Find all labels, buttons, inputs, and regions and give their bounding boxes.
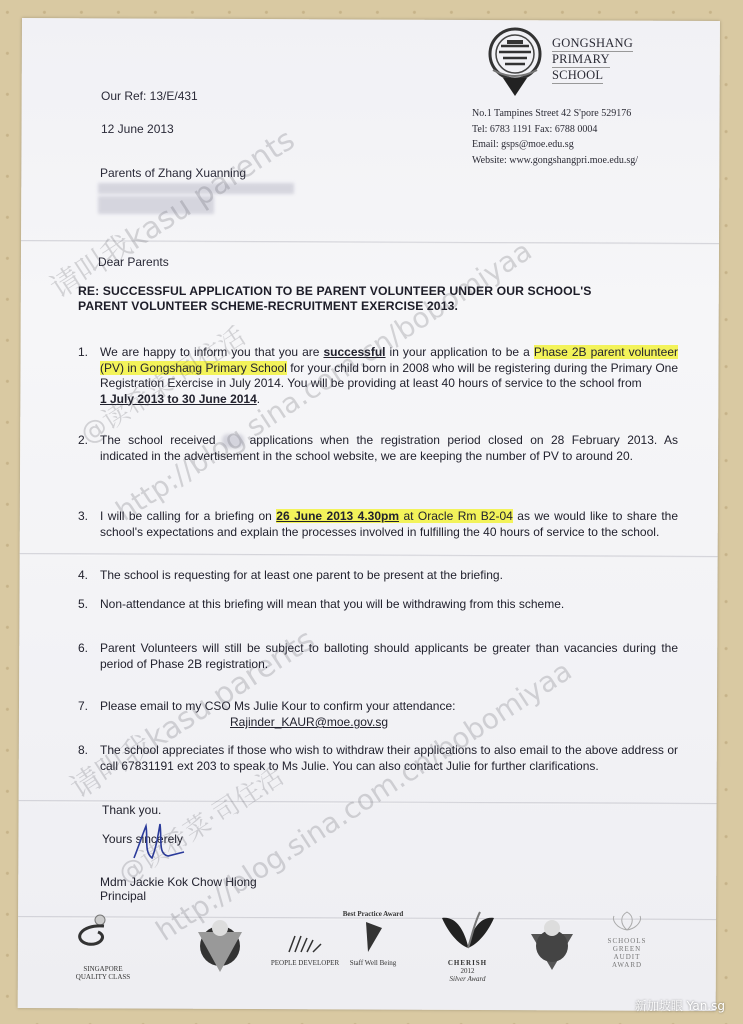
school-logo-icon <box>485 26 545 100</box>
redacted-count <box>222 434 244 448</box>
school-address: No.1 Tampines Street 42 S'pore 529176 <box>472 106 638 122</box>
briefing-datetime: 26 June 2013 4.30pm <box>276 509 399 523</box>
redacted-address <box>98 183 294 194</box>
school-name: GONGSHANG PRIMARY SCHOOL <box>552 36 633 84</box>
paragraph-6: 6. Parent Volunteers will still be subje… <box>78 641 678 672</box>
paragraph-4: 4. The school is requesting for at least… <box>78 568 678 584</box>
lotus-logo-icon <box>610 910 644 932</box>
fold-line <box>21 240 719 245</box>
paragraph-3: 3. I will be calling for a briefing on 2… <box>78 509 678 540</box>
school-excellence-logo-icon <box>190 910 250 980</box>
sqc-logo-icon <box>68 910 138 960</box>
corner-watermark: 新加坡眼 Yan.sg <box>635 997 725 1014</box>
fold-line <box>20 553 718 558</box>
subject-line: RE: SUCCESSFUL APPLICATION TO BE PARENT … <box>78 284 678 314</box>
paragraph-7: 7. Please email to my CSO Ms Julie Kour … <box>78 699 678 715</box>
briefing-venue: at Oracle Rm B2-04 <box>399 509 513 523</box>
school-email: Email: gsps@moe.edu.sg <box>472 137 638 153</box>
signature-icon <box>128 818 188 868</box>
redacted-address <box>98 196 214 214</box>
award-school-distinction <box>527 910 577 981</box>
reference-number: Our Ref: 13/E/431 <box>101 89 198 103</box>
letter-date: 12 June 2013 <box>101 122 174 136</box>
service-period: 1 July 2013 to 30 June 2014 <box>100 392 257 406</box>
signatory-name: Mdm Jackie Kok Chow Hiong <box>100 875 257 889</box>
people-developer-logo-icon <box>285 932 325 954</box>
closing-thanks: Thank you. <box>102 803 161 817</box>
school-distinction-logo-icon <box>527 910 577 976</box>
success-status: successful <box>323 345 385 359</box>
school-contact: No.1 Tampines Street 42 S'pore 529176 Te… <box>472 106 638 168</box>
awards-footer: SINGAPORE QUALITY CLASS PEOPLE DEVELOPER… <box>40 910 680 990</box>
paragraph-5: 5. Non-attendance at this briefing will … <box>78 597 678 613</box>
paragraph-2: 2. The school receivedapplications when … <box>78 433 678 464</box>
recipient-name: Parents of Zhang Xuanning <box>100 166 246 180</box>
award-best-practice: Best Practice Award Staff Well Being <box>338 910 408 967</box>
award-school-excellence <box>190 910 250 985</box>
paragraph-8: 8. The school appreciates if those who w… <box>78 743 678 774</box>
salutation: Dear Parents <box>98 255 169 269</box>
cherish-logo-icon <box>438 910 498 954</box>
signatory-title: Principal <box>100 889 146 903</box>
school-tel-fax: Tel: 6783 1191 Fax: 6788 0004 <box>472 122 638 138</box>
contact-email-link[interactable]: Rajinder_KAUR@moe.gov.sg <box>230 715 388 729</box>
award-people-developer: PEOPLE DEVELOPER <box>260 932 350 967</box>
school-website: Website: www.gongshangpri.moe.edu.sg/ <box>472 153 638 169</box>
award-cherish: CHERISH 2012 Silver Award <box>435 910 500 983</box>
award-schools-green-audit: SCHOOLS GREEN AUDIT AWARD <box>602 910 652 969</box>
paragraph-1: 1. We are happy to inform you that you a… <box>78 345 678 407</box>
best-practice-logo-icon <box>358 918 388 954</box>
award-singapore-quality-class: SINGAPORE QUALITY CLASS <box>68 910 138 981</box>
